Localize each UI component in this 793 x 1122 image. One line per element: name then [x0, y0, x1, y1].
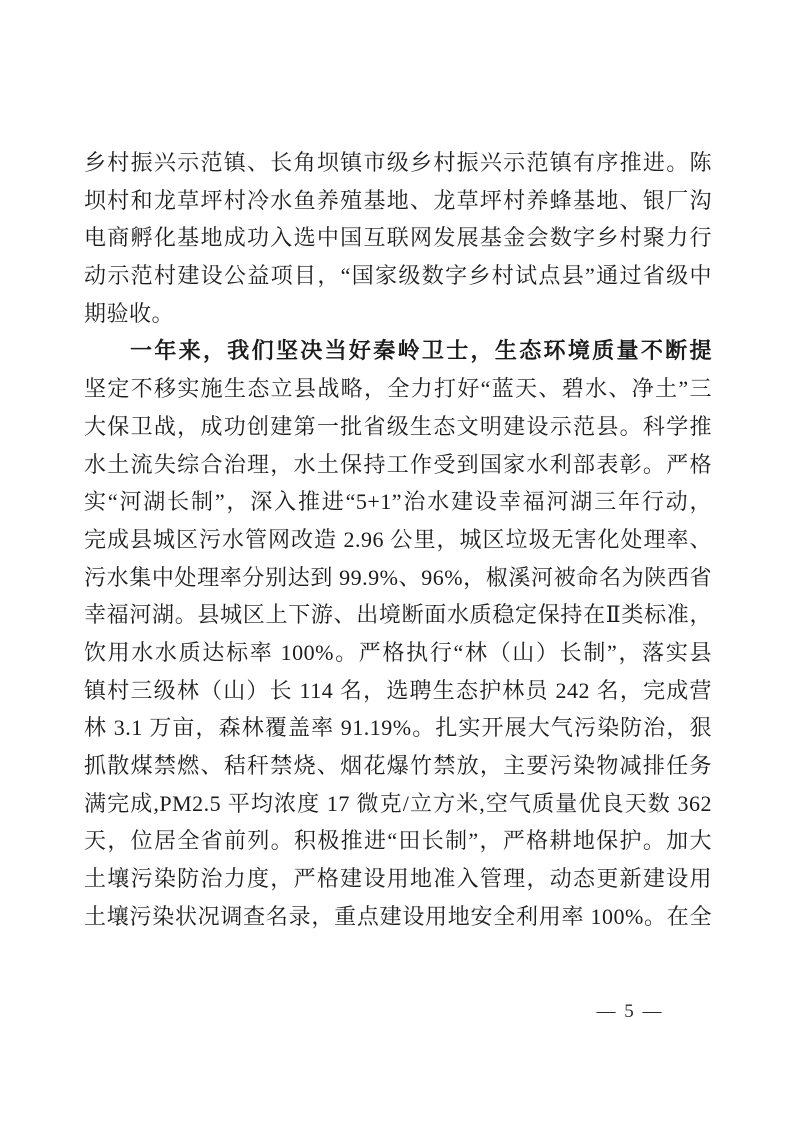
- document-page: 乡村振兴示范镇、长角坝镇市级乡村振兴示范镇有序推进。陈家 坝村和龙草坪村冷水鱼养…: [0, 0, 793, 1122]
- text-line: 动示范村建设公益项目，“国家级数字乡村试点县”通过省级中: [84, 257, 712, 295]
- text-line: 满完成,PM2.5 平均浓度 17 微克/立方米,空气质量优良天数 362: [84, 785, 712, 823]
- paragraph-continuation: 乡村振兴示范镇、长角坝镇市级乡村振兴示范镇有序推进。陈家 坝村和龙草坪村冷水鱼养…: [84, 144, 712, 332]
- text-line: 电商孵化基地成功入选中国互联网发展基金会数字乡村聚力行: [84, 219, 712, 257]
- text-line: 幸福河湖。县城区上下游、出境断面水质稳定保持在Ⅱ类标准，: [84, 596, 712, 634]
- text-line: 饮用水水质达标率 100%。严格执行“林（山）长制”，落实县: [84, 634, 712, 672]
- text-line: 土壤污染状况调查名录，重点建设用地安全利用率 100%。在全: [84, 898, 712, 936]
- text-line: 天，位居全省前列。积极推进“田长制”，严格耕地保护。加大: [84, 822, 712, 860]
- paragraph-lead-sentence: 一年来，我们坚决当好秦岭卫士，生态环境质量不断提升。: [84, 332, 712, 370]
- text-block: 乡村振兴示范镇、长角坝镇市级乡村振兴示范镇有序推进。陈家 坝村和龙草坪村冷水鱼养…: [84, 144, 712, 935]
- text-line: 完成县城区污水管网改造 2.96 公里，城区垃圾无害化处理率、: [84, 521, 712, 559]
- page-number: — 5 —: [560, 1000, 700, 1024]
- text-line: 坝村和龙草坪村冷水鱼养殖基地、龙草坪村养蜂基地、银厂沟村: [84, 182, 712, 220]
- text-line: 污水集中处理率分别达到 99.9%、96%，椒溪河被命名为陕西省: [84, 559, 712, 597]
- paragraph-ecology: 一年来，我们坚决当好秦岭卫士，生态环境质量不断提升。 坚定不移实施生态立县战略，…: [84, 332, 712, 935]
- text-line: 乡村振兴示范镇、长角坝镇市级乡村振兴示范镇有序推进。陈家: [84, 144, 712, 182]
- text-line: 坚定不移实施生态立县战略，全力打好“蓝天、碧水、净土”三: [84, 370, 712, 408]
- text-line: 期验收。: [84, 295, 712, 333]
- text-line: 镇村三级林（山）长 114 名，选聘生态护林员 242 名，完成营造: [84, 672, 712, 710]
- text-line: 大保卫战，成功创建第一批省级生态文明建设示范县。科学推进: [84, 408, 712, 446]
- text-line: 实“河湖长制”，深入推进“5+1”治水建设幸福河湖三年行动，: [84, 483, 712, 521]
- text-line: 水土流失综合治理，水土保持工作受到国家水利部表彰。严格落: [84, 446, 712, 484]
- text-line: 土壤污染防治力度，严格建设用地准入管理，动态更新建设用地: [84, 860, 712, 898]
- text-line: 抓散煤禁燃、秸秆禁烧、烟花爆竹禁放，主要污染物减排任务圆: [84, 747, 712, 785]
- text-line: 林 3.1 万亩，森林覆盖率 91.19%。扎实开展大气污染防治，狠: [84, 709, 712, 747]
